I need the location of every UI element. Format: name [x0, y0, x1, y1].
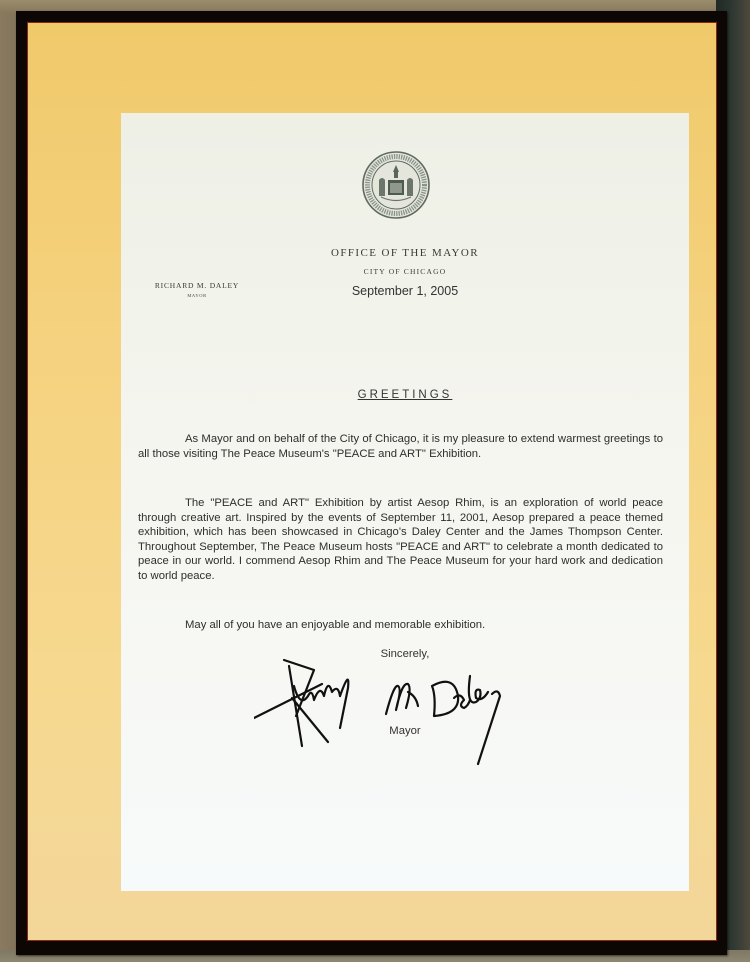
picture-frame: OFFICE OF THE MAYOR CITY OF CHICAGO Sept… — [16, 11, 727, 955]
frame-mat: OFFICE OF THE MAYOR CITY OF CHICAGO Sept… — [27, 22, 717, 941]
city-seal-icon — [361, 150, 431, 220]
signature-icon — [254, 658, 539, 768]
closing-mayor-title: Mayor — [121, 725, 689, 737]
paragraph-2-text: The "PEACE and ART" Exhibition by artist… — [138, 496, 663, 583]
paragraph-3-text: May all of you have an enjoyable and mem… — [138, 618, 663, 633]
office-title: OFFICE OF THE MAYOR — [121, 247, 689, 259]
paragraph-3: May all of you have an enjoyable and mem… — [138, 618, 663, 633]
paragraph-2: The "PEACE and ART" Exhibition by artist… — [138, 496, 663, 583]
greetings-heading: GREETINGS — [121, 389, 689, 401]
paragraph-1-text: As Mayor and on behalf of the City of Ch… — [138, 432, 663, 461]
letter-paper: OFFICE OF THE MAYOR CITY OF CHICAGO Sept… — [121, 113, 689, 891]
letterhead-mayor-title: MAYOR — [141, 293, 253, 298]
paragraph-1: As Mayor and on behalf of the City of Ch… — [138, 432, 663, 461]
city-title: CITY OF CHICAGO — [121, 267, 689, 276]
letterhead-mayor-name: RICHARD M. DALEY — [141, 281, 253, 290]
